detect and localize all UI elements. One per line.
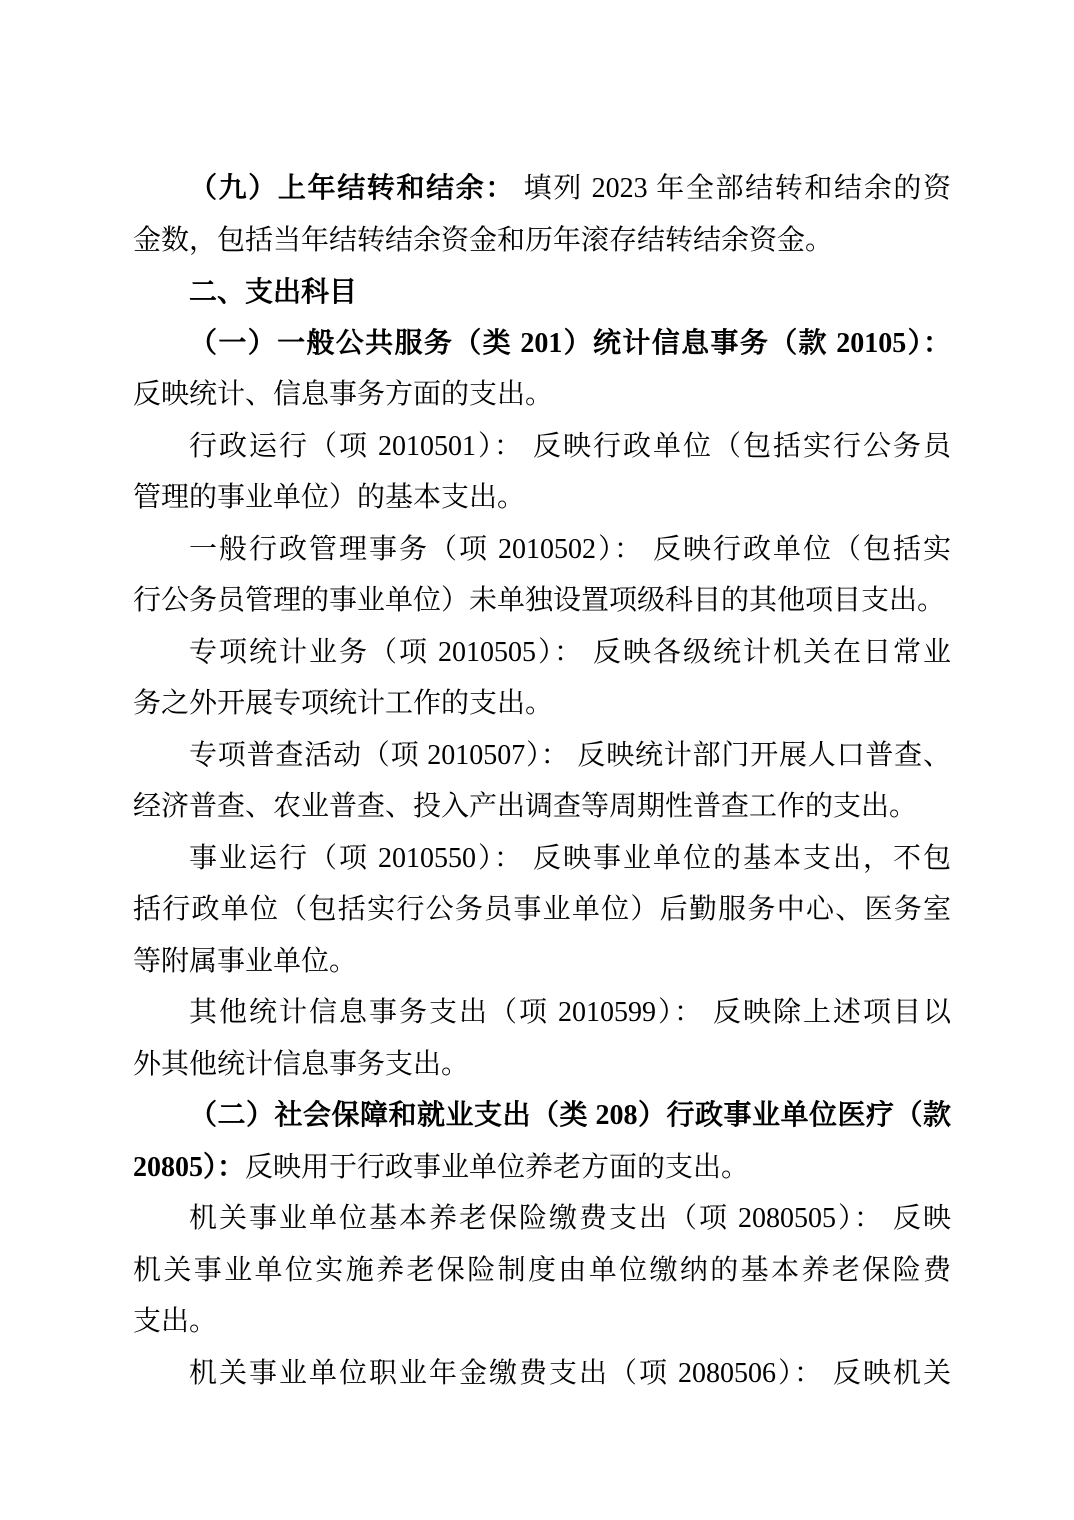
heading-expenditure-items: 二、支出科目	[133, 266, 951, 318]
text-line: （二）社会保障和就业支出（类 208）行政事业单位医疗（款	[133, 1090, 951, 1142]
text-line: 机关事业单位基本养老保险缴费支出（项 2080505）： 反映	[133, 1193, 951, 1245]
para-occupational-annuity-contribution: 机关事业单位职业年金缴费支出（项 2080506）： 反映机关	[133, 1348, 951, 1400]
document-page: （九）上年结转和结余： 填列 2023 年全部结转和结余的资金数，包括当年结转结…	[0, 0, 1074, 1520]
text-line: 20805）：反映用于行政事业单位养老方面的支出。	[133, 1142, 951, 1194]
text-line: 金数，包括当年结转结余资金和历年滚存结转结余资金。	[133, 215, 951, 267]
para-special-census-activities: 专项普查活动（项 2010507）： 反映统计部门开展人口普查、经济普查、农业普…	[133, 730, 951, 833]
text-segment: 支出。	[133, 1306, 217, 1337]
text-segment: 经济普查、农业普查、投入产出调查等周期性普查工作的支出。	[133, 791, 917, 822]
text-line: 务之外开展专项统计工作的支出。	[133, 678, 951, 730]
text-segment: 反映用于行政事业单位养老方面的支出。	[245, 1152, 749, 1183]
text-segment: 专项统计业务（项 2010505）： 反映各级统计机关在日常业	[189, 637, 951, 668]
text-segment: 机关事业单位基本养老保险缴费支出（项 2080505）： 反映	[189, 1203, 951, 1234]
para-basic-pension-contribution: 机关事业单位基本养老保险缴费支出（项 2080505）： 反映机关事业单位实施养…	[133, 1193, 951, 1348]
bold-text-segment: （九）上年结转和结余：	[189, 173, 515, 204]
bold-text-segment: （二）社会保障和就业支出（类 208）行政事业单位医疗（款	[189, 1100, 951, 1131]
para-prev-year-carryover: （九）上年结转和结余： 填列 2023 年全部结转和结余的资金数，包括当年结转结…	[133, 163, 951, 266]
text-line: 其他统计信息事务支出（项 2010599）： 反映除上述项目以	[133, 987, 951, 1039]
text-segment: 括行政单位（包括实行公务员事业单位）后勤服务中心、医务室	[133, 894, 951, 925]
text-segment: 行公务员管理的事业单位）未单独设置项级科目的其他项目支出。	[133, 585, 945, 616]
para-general-public-services: （一）一般公共服务（类 201）统计信息事务（款 20105）：反映统计、信息事…	[133, 318, 951, 421]
text-line: 专项统计业务（项 2010505）： 反映各级统计机关在日常业	[133, 627, 951, 679]
text-segment: 专项普查活动（项 2010507）： 反映统计部门开展人口普查、	[189, 740, 951, 771]
text-line: （一）一般公共服务（类 201）统计信息事务（款 20105）：	[133, 318, 951, 370]
text-line: 经济普查、农业普查、投入产出调查等周期性普查工作的支出。	[133, 781, 951, 833]
para-other-statistics-expenditure: 其他统计信息事务支出（项 2010599）： 反映除上述项目以外其他统计信息事务…	[133, 987, 951, 1090]
text-line: 反映统计、信息事务方面的支出。	[133, 369, 951, 421]
text-segment: 外其他统计信息事务支出。	[133, 1049, 469, 1080]
document-body: （九）上年结转和结余： 填列 2023 年全部结转和结余的资金数，包括当年结转结…	[133, 163, 951, 1399]
text-segment: 行政运行（项 2010501）： 反映行政单位（包括实行公务员	[189, 431, 951, 462]
para-admin-operation: 行政运行（项 2010501）： 反映行政单位（包括实行公务员管理的事业单位）的…	[133, 421, 951, 524]
text-line: 括行政单位（包括实行公务员事业单位）后勤服务中心、医务室	[133, 884, 951, 936]
text-line: 外其他统计信息事务支出。	[133, 1039, 951, 1091]
text-line: 行公务员管理的事业单位）未单独设置项级科目的其他项目支出。	[133, 575, 951, 627]
text-line: 行政运行（项 2010501）： 反映行政单位（包括实行公务员	[133, 421, 951, 473]
text-segment: 管理的事业单位）的基本支出。	[133, 482, 525, 513]
text-line: 专项普查活动（项 2010507）： 反映统计部门开展人口普查、	[133, 730, 951, 782]
text-segment: 一般行政管理事务（项 2010502）： 反映行政单位（包括实	[189, 534, 951, 565]
para-social-security-medical: （二）社会保障和就业支出（类 208）行政事业单位医疗（款20805）：反映用于…	[133, 1090, 951, 1193]
para-special-statistics-business: 专项统计业务（项 2010505）： 反映各级统计机关在日常业务之外开展专项统计…	[133, 627, 951, 730]
text-segment: 金数，包括当年结转结余资金和历年滚存结转结余资金。	[133, 225, 833, 256]
text-segment: 填列 2023 年全部结转和结余的资	[515, 173, 951, 204]
text-line: 事业运行（项 2010550）： 反映事业单位的基本支出，不包	[133, 833, 951, 885]
text-line: 二、支出科目	[133, 266, 951, 318]
text-line: 管理的事业单位）的基本支出。	[133, 472, 951, 524]
text-line: 一般行政管理事务（项 2010502）： 反映行政单位（包括实	[133, 524, 951, 576]
text-line: 支出。	[133, 1296, 951, 1348]
text-line: 等附属事业单位。	[133, 936, 951, 988]
text-line: 机关事业单位职业年金缴费支出（项 2080506）： 反映机关	[133, 1348, 951, 1400]
text-segment: 务之外开展专项统计工作的支出。	[133, 688, 553, 719]
text-segment: 机关事业单位实施养老保险制度由单位缴纳的基本养老保险费	[133, 1255, 951, 1286]
text-segment: 其他统计信息事务支出（项 2010599）： 反映除上述项目以	[189, 997, 951, 1028]
text-line: （九）上年结转和结余： 填列 2023 年全部结转和结余的资	[133, 163, 951, 215]
para-general-admin-affairs: 一般行政管理事务（项 2010502）： 反映行政单位（包括实行公务员管理的事业…	[133, 524, 951, 627]
text-segment: 等附属事业单位。	[133, 946, 357, 977]
para-institution-operation: 事业运行（项 2010550）： 反映事业单位的基本支出，不包括行政单位（包括实…	[133, 833, 951, 988]
text-segment: 事业运行（项 2010550）： 反映事业单位的基本支出，不包	[189, 843, 951, 874]
text-line: 机关事业单位实施养老保险制度由单位缴纳的基本养老保险费	[133, 1245, 951, 1297]
bold-text-segment: 二、支出科目	[189, 276, 357, 307]
text-segment: 反映统计、信息事务方面的支出。	[133, 379, 553, 410]
text-segment: 机关事业单位职业年金缴费支出（项 2080506）： 反映机关	[189, 1358, 951, 1389]
bold-text-segment: （一）一般公共服务（类 201）统计信息事务（款 20105）：	[189, 328, 951, 359]
bold-text-segment: 20805）：	[133, 1152, 245, 1183]
